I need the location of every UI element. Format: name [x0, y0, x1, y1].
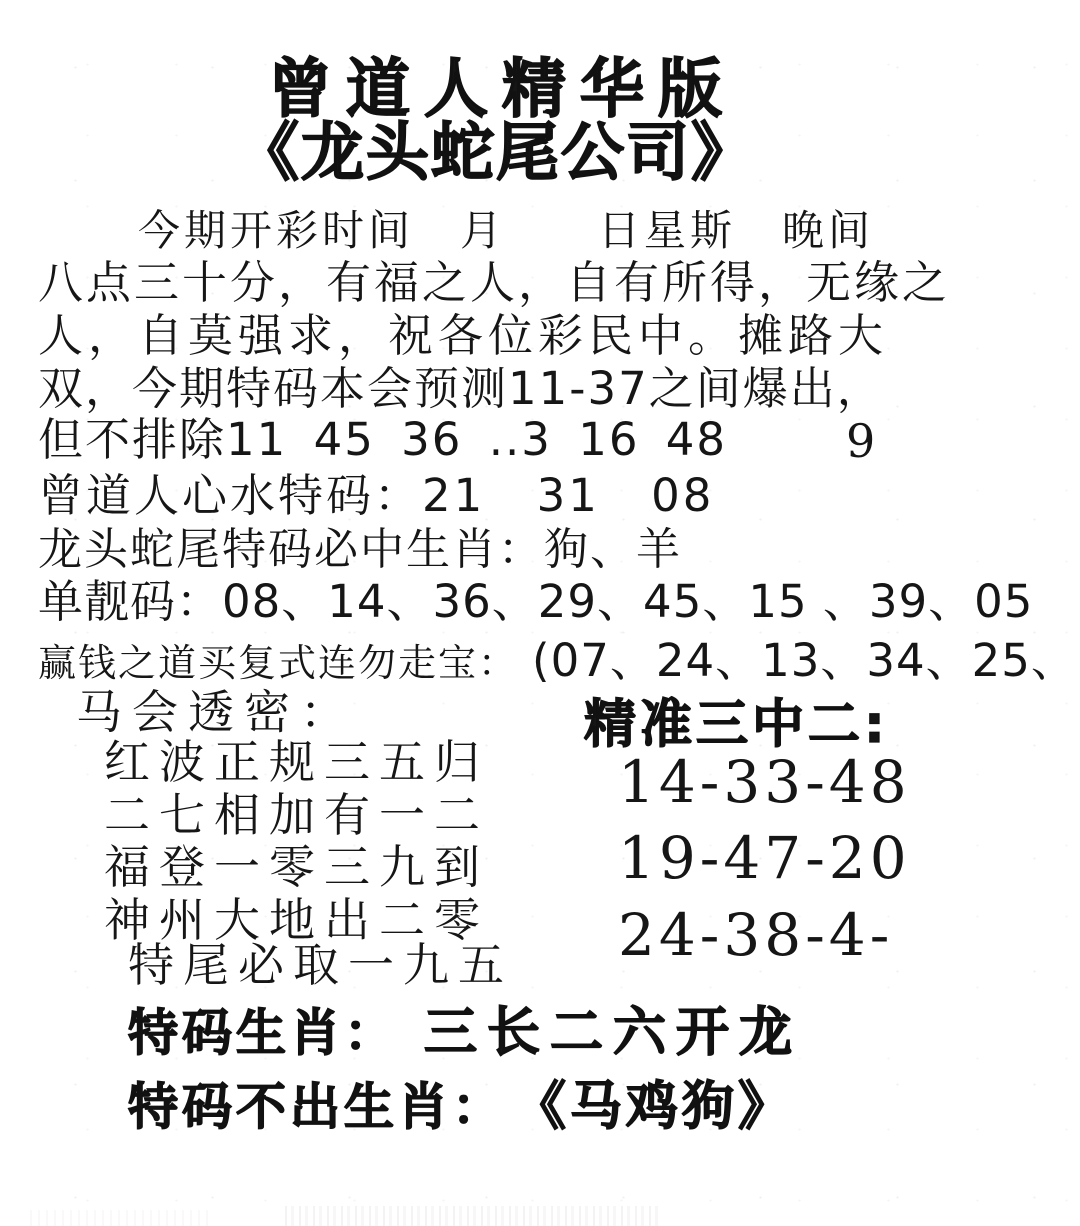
scan-artifact-strip-left — [30, 1210, 210, 1226]
scanned-lottery-leaflet: 曾道人精华版 《龙头蛇尾公司》 今期开彩时间 月 日星斯 晚间 八点三十分，有福… — [0, 0, 1080, 1226]
sanzhonger-numbers-1: 14-33-48 — [618, 748, 911, 816]
fushilian-numbers: (07、24、13、34、25、31) — [532, 634, 1080, 687]
sanzhonger-heading: 精准三中二: — [584, 682, 889, 757]
tema-buchu-shengxiao-line: 特码不出生肖：《马鸡狗》 — [128, 1064, 794, 1139]
leaflet-title-line2: 《龙头蛇尾公司》 — [236, 102, 756, 193]
tema-shengxiao-value: 三长二六开龙 — [424, 1002, 802, 1063]
scan-artifact-strip — [285, 1206, 660, 1226]
tema-buchu-shengxiao-label: 特码不出生肖： — [128, 1078, 506, 1136]
danliangma-label: 单靓码： — [38, 575, 222, 628]
tema-buchu-shengxiao-value: 《马鸡狗》 — [540, 1077, 794, 1137]
stray-scan-mark: 9 — [846, 414, 875, 468]
poem-line-5: 特尾必取一九五 — [128, 929, 513, 995]
tema-shengxiao-line: 特码生肖：三长二六开龙 — [128, 990, 802, 1066]
danliangma-line: 单靓码：08、14、36、29、45、15 、39、05 — [38, 565, 1033, 630]
sanzhonger-numbers-3: 24-38-4- — [618, 901, 893, 969]
sanzhonger-numbers-2: 19-47-20 — [618, 824, 911, 892]
danliangma-numbers: 08、14、36、29、45、15 、39、05 — [222, 575, 1033, 628]
tema-shengxiao-label: 特码生肖： — [128, 1004, 398, 1062]
